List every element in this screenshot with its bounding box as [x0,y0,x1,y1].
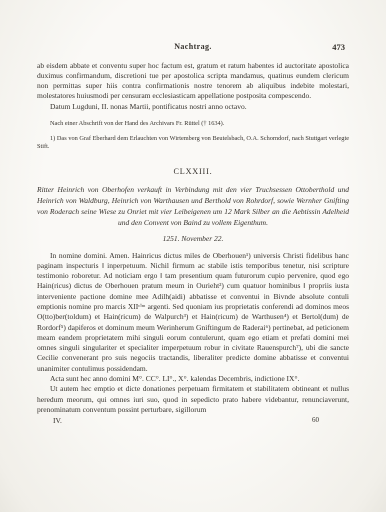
bottom-row: IV. 60 [37,416,349,428]
sheet-signature: IV. [53,416,62,425]
footnote-1: 1) Das von Graf Eberhard dem Erlauchten … [37,135,349,152]
section-regest: Ritter Heinrich von Oberhofen verkauft i… [37,184,349,228]
charter-body: In nomine domini. Amen. Hainricus dictus… [37,251,349,375]
continuation-paragraph: ab eisdem abbate et conventu super hoc f… [37,61,349,101]
running-title: Nachtrag. [37,42,349,51]
scanned-book-page: Nachtrag. 473 ab eisdem abbate et conven… [0,0,386,512]
datum-line: Datum Lugduni, II. nonas Martii, pontifi… [37,102,349,112]
section-date: 1251. November 22. [37,234,349,243]
sheet-number: 60 [312,416,319,424]
page-number: 473 [332,42,345,52]
closing-paragraph: Ut autem hec emptio et dicte donationes … [37,384,349,415]
source-note: Nach einer Abschrift von der Hand des Ar… [37,120,349,129]
acta-line: Acta sunt hec anno domini M°. CC°. LI°.,… [37,374,349,384]
section-number: CLXXIII. [37,167,349,176]
running-head: Nachtrag. 473 [37,42,349,54]
